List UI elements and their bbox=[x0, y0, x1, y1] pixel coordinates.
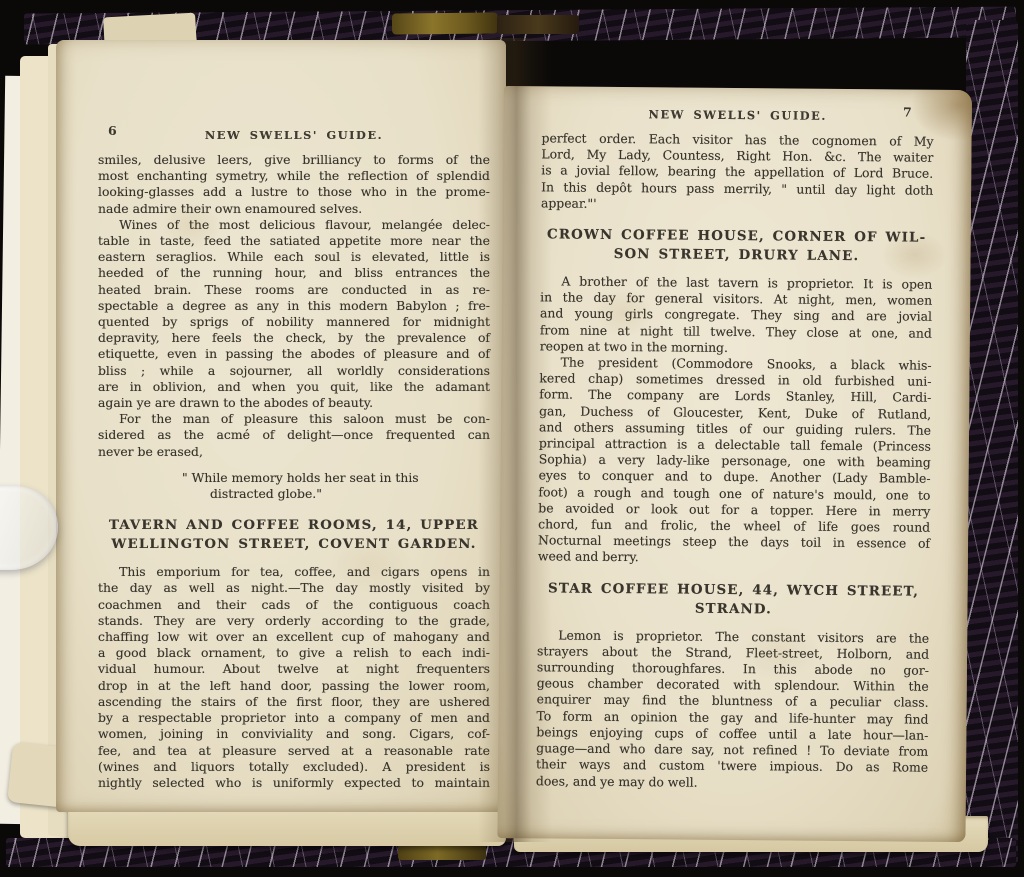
para-line: This emporium for tea, coffee, and cigar… bbox=[98, 564, 490, 580]
quotation: " While memory holds her seat in thisdis… bbox=[182, 470, 490, 502]
paragraph: Wines of the most delicious flavour, mel… bbox=[98, 217, 490, 411]
paragraph: A brother of the last tavern is propriet… bbox=[540, 273, 933, 357]
para-line: coachmen and their cads of the contiguou… bbox=[98, 597, 490, 613]
para-line: smiles, delusive leers, give brilliancy … bbox=[98, 152, 490, 168]
right-page-number: 7 bbox=[903, 104, 912, 119]
heading-line: CROWN COFFEE HOUSE, CORNER OF WIL- bbox=[541, 225, 933, 247]
left-page-number: 6 bbox=[108, 123, 117, 138]
para-line: heated brain. These rooms are conducted … bbox=[98, 282, 490, 298]
para-line: drop in at the left hand door, passing t… bbox=[98, 678, 490, 694]
para-line: weed and berry. bbox=[538, 549, 930, 569]
paragraph: Lemon is proprietor. The constant visito… bbox=[536, 627, 929, 792]
heading-line: STAR COFFEE HOUSE, 44, WYCH STREET, bbox=[538, 579, 930, 601]
paragraph: smiles, delusive leers, give brilliancy … bbox=[98, 152, 490, 217]
para-line: does, and ye may do well. bbox=[536, 773, 928, 793]
para-line: heeded of the running hour, and bliss en… bbox=[98, 265, 490, 281]
heading-line: TAVERN AND COFFEE ROOMS, 14, UPPER bbox=[98, 516, 490, 535]
section-heading: CROWN COFFEE HOUSE, CORNER OF WIL-SON ST… bbox=[540, 225, 932, 266]
para-line: again ye are drawn to the abodes of beau… bbox=[98, 395, 490, 411]
left-page: 6 NEW SWELLS' GUIDE. smiles, delusive le… bbox=[56, 40, 506, 812]
para-line: quented by sprigs of nobility mannered f… bbox=[98, 314, 490, 330]
para-line: fee, and tea at pleasure served at a rea… bbox=[98, 743, 490, 759]
para-line: depravity, here feels the check, by the … bbox=[98, 330, 490, 346]
paragraph: The president (Commodore Snooks, a black… bbox=[538, 354, 932, 568]
para-line: spectable a degree as any in this modern… bbox=[98, 298, 490, 314]
heading-line: WELLINGTON STREET, COVENT GARDEN. bbox=[98, 535, 490, 554]
heading-line: SON STREET, DRURY LANE. bbox=[540, 244, 932, 266]
quote-line: " While memory holds her seat in this bbox=[182, 470, 490, 486]
section-heading: TAVERN AND COFFEE ROOMS, 14, UPPERWELLIN… bbox=[98, 516, 490, 554]
spine-top-dark-segment bbox=[497, 15, 579, 34]
open-book-photo: 6 NEW SWELLS' GUIDE. smiles, delusive le… bbox=[0, 0, 1024, 877]
para-line: table in taste, feed the satiated appeti… bbox=[98, 233, 490, 249]
para-line: For the man of pleasure this saloon must… bbox=[98, 411, 490, 427]
para-line: vidual humour. About twelve at night fre… bbox=[98, 661, 490, 677]
right-running-head: NEW SWELLS' GUIDE. bbox=[649, 107, 827, 123]
para-line: appear."' bbox=[541, 195, 933, 215]
section-heading: STAR COFFEE HOUSE, 44, WYCH STREET,STRAN… bbox=[537, 579, 929, 620]
para-line: Wines of the most delicious flavour, mel… bbox=[98, 217, 490, 233]
right-page-text-column: perfect order. Each visitor has the cogn… bbox=[536, 130, 934, 792]
para-line: never be erased, bbox=[98, 444, 490, 460]
right-page-header: NEW SWELLS' GUIDE. 7 bbox=[542, 102, 934, 124]
para-line: eastern seraglios. While each soul is el… bbox=[98, 249, 490, 265]
para-line: the day as well as night.—The day mostly… bbox=[98, 580, 490, 596]
para-line: stands. They are very orderly according … bbox=[98, 613, 490, 629]
para-line: nightly selected who is uniformly expect… bbox=[98, 775, 490, 791]
paragraph: perfect order. Each visitor has the cogn… bbox=[541, 130, 934, 214]
left-running-head: NEW SWELLS' GUIDE. bbox=[205, 128, 383, 142]
left-page-header: 6 NEW SWELLS' GUIDE. bbox=[98, 124, 490, 143]
para-line: sidered as the acmé of delight—once freq… bbox=[98, 427, 490, 443]
right-page: NEW SWELLS' GUIDE. 7 perfect order. Each… bbox=[497, 86, 972, 842]
para-line: bliss ; while a sojourner, all worldly c… bbox=[98, 363, 490, 379]
para-line: a good black ornament, to give a relish … bbox=[98, 645, 490, 661]
paragraph: This emporium for tea, coffee, and cigar… bbox=[98, 564, 490, 791]
para-line: women, joining in conviviality and song.… bbox=[98, 726, 490, 742]
heading-line: STRAND. bbox=[537, 598, 929, 620]
para-line: (wines and liquors totally excluded). A … bbox=[98, 759, 490, 775]
para-line: etiquette, even in passing the abodes of… bbox=[98, 346, 490, 362]
spine-headband-top bbox=[392, 12, 498, 34]
para-line: looking-glasses add a lustre to those wh… bbox=[98, 184, 490, 200]
para-line: nade admire their own enamoured selves. bbox=[98, 201, 490, 217]
book-cover-right-board bbox=[966, 20, 1018, 864]
para-line: by a respectable proprietor into a compa… bbox=[98, 710, 490, 726]
para-line: chaffing low wit over an excellent cup o… bbox=[98, 629, 490, 645]
quote-line: distracted globe." bbox=[182, 486, 490, 502]
para-line: In this depôt hours pass merrily, " unti… bbox=[541, 179, 933, 199]
left-page-text-column: smiles, delusive leers, give brilliancy … bbox=[98, 152, 490, 791]
para-line: most enchanting symetry, while the refle… bbox=[98, 168, 490, 184]
para-line: are in oblivion, and when you quit, like… bbox=[98, 379, 490, 395]
para-line: ascending the stairs of the first floor,… bbox=[98, 694, 490, 710]
paragraph: For the man of pleasure this saloon must… bbox=[98, 411, 490, 460]
